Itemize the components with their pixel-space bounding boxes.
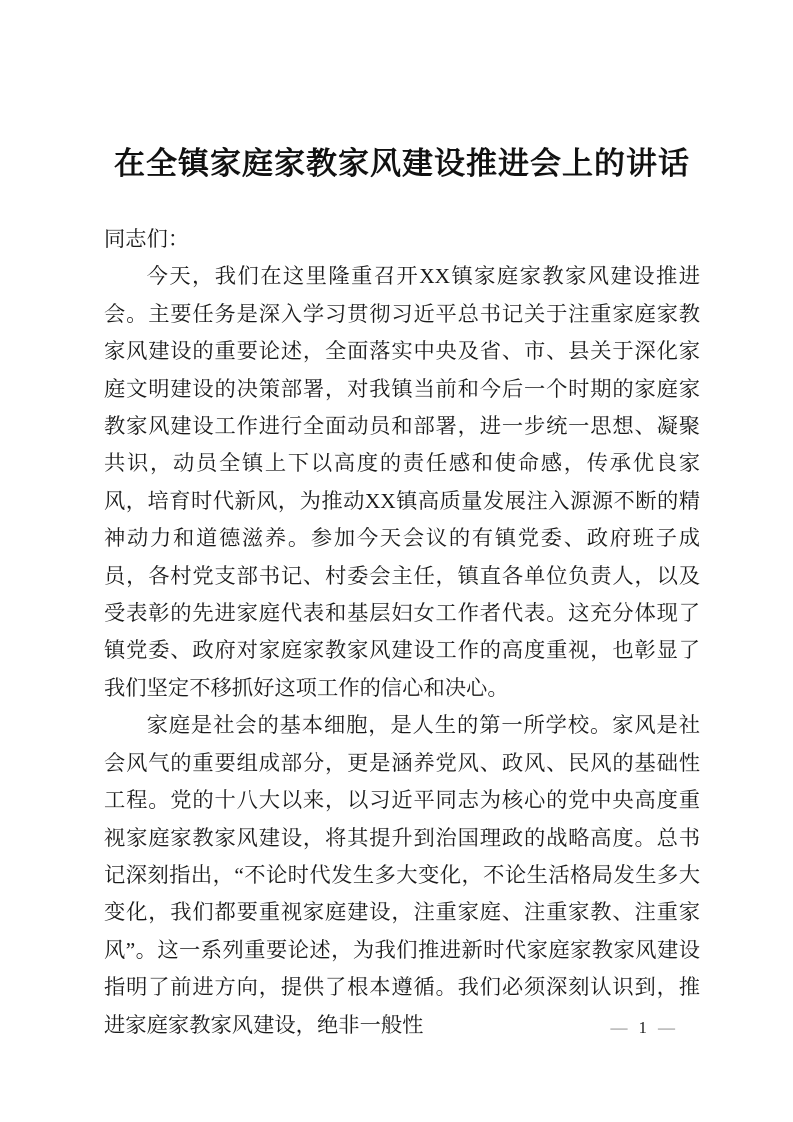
salutation-line: 同志们： [104, 221, 700, 258]
page-number: 1 [639, 1018, 648, 1038]
document-title: 在全镇家庭家教家风建设推进会上的讲话 [104, 140, 700, 188]
paragraph-2: 家庭是社会的基本细胞，是人生的第一所学校。家风是社会风气的重要组成部分，更是涵养… [104, 707, 700, 1044]
footer-left-dash: — [611, 1018, 628, 1038]
page-footer: — 1 — [611, 1018, 676, 1038]
footer-right-dash: — [658, 1018, 675, 1038]
document-page: 在全镇家庭家教家风建设推进会上的讲话 同志们： 今天，我们在这里隆重召开XX镇家… [0, 0, 793, 1122]
paragraph-1: 今天，我们在这里隆重召开XX镇家庭家教家风建设推进会。主要任务是深入学习贯彻习近… [104, 258, 700, 707]
